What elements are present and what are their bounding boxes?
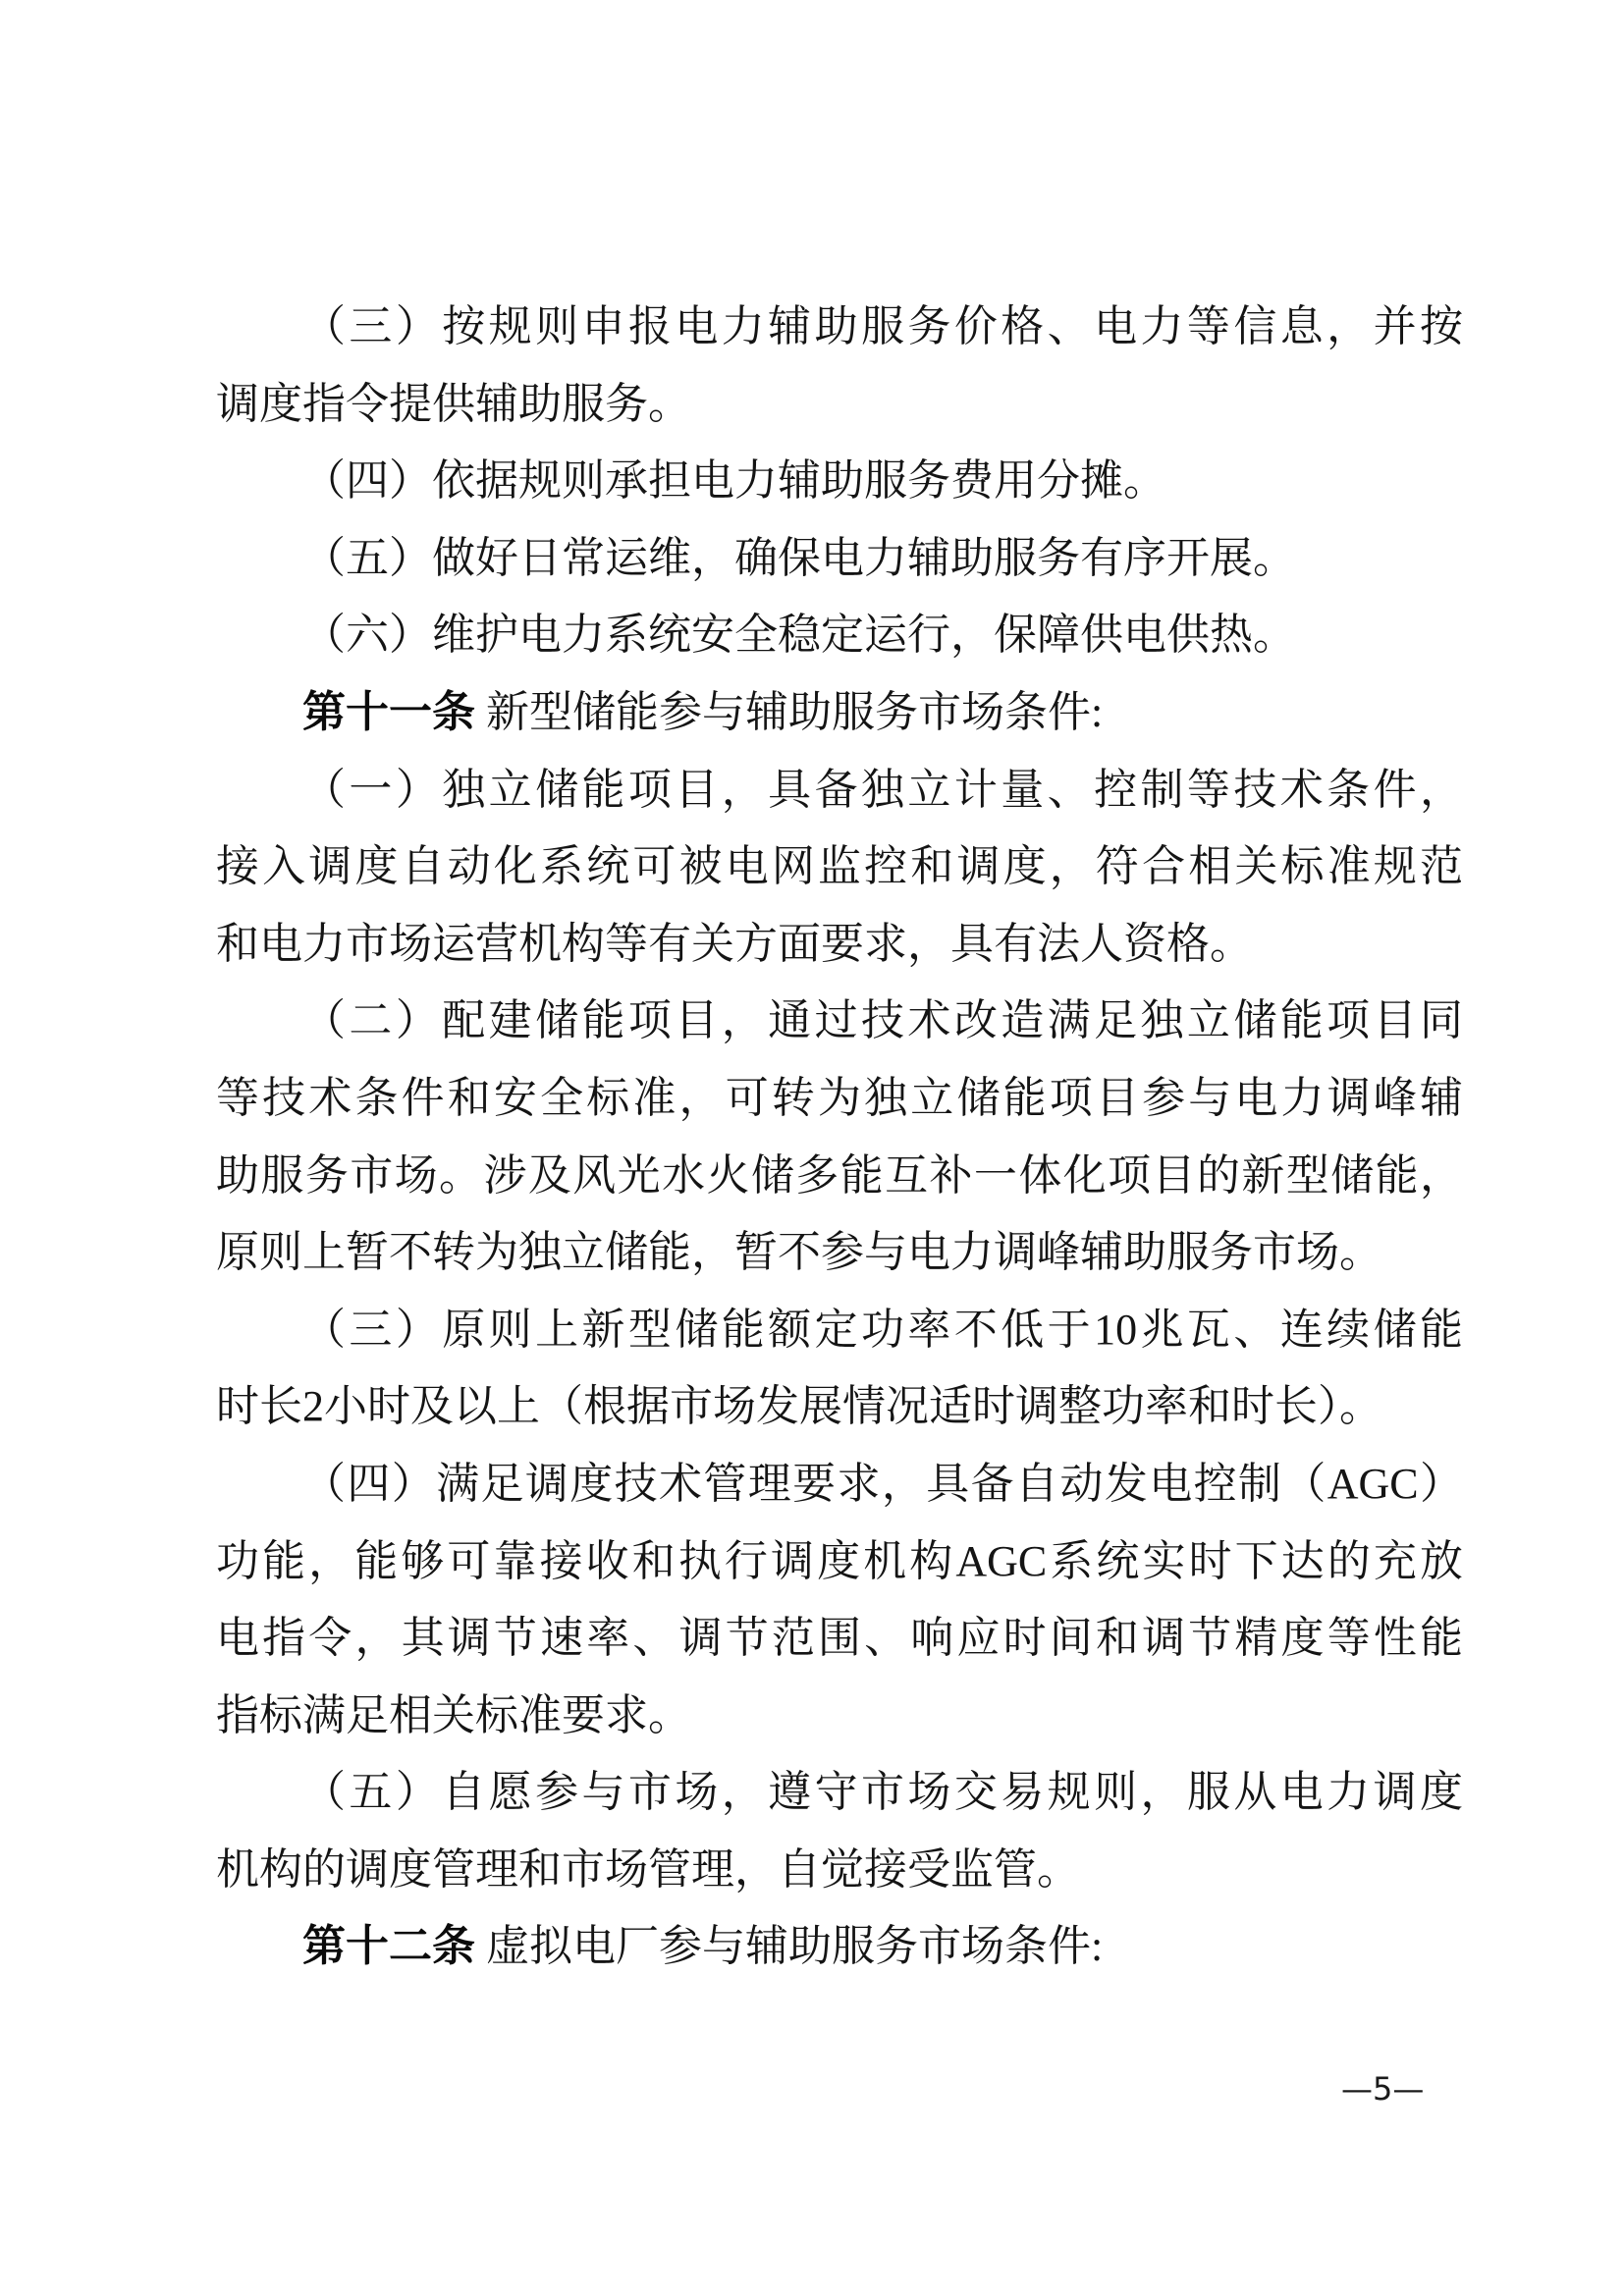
article-number: 第十二条 xyxy=(302,1922,475,1970)
text-line: （五）做好日常运维，确保电力辅助服务有序开展。 xyxy=(216,520,1463,598)
text-line: 原则上暂不转为独立储能，暂不参与电力调峰辅助服务市场。 xyxy=(216,1214,1463,1292)
text-line: （六）维护电力系统安全稳定运行，保障供电供热。 xyxy=(216,597,1463,674)
article-number: 第十一条 xyxy=(302,688,475,736)
text-line: （三）原则上新型储能额定功率不低于10兆瓦、连续储能 xyxy=(216,1292,1463,1369)
text-line: （二）配建储能项目，通过技术改造满足独立储能项目同 xyxy=(216,983,1463,1060)
page-number: —5— xyxy=(1341,2073,1424,2105)
text-line: 调度指令提供辅助服务。 xyxy=(216,366,1463,444)
text-line: 指标满足相关标准要求。 xyxy=(216,1678,1463,1755)
text-line: 电指令，其调节速率、调节范围、响应时间和调节精度等性能 xyxy=(216,1600,1463,1678)
text-line: 接入调度自动化系统可被电网监控和调度，符合相关标准规范 xyxy=(216,828,1463,906)
text-line: （五）自愿参与市场，遵守市场交易规则，服从电力调度 xyxy=(216,1754,1463,1832)
text-line: 功能，能够可靠接收和执行调度机构AGC系统实时下达的充放 xyxy=(216,1523,1463,1601)
text-line: 等技术条件和安全标准，可转为独立储能项目参与电力调峰辅 xyxy=(216,1060,1463,1138)
article-heading-line: 第十二条 虚拟电厂参与辅助服务市场条件: xyxy=(216,1908,1463,1986)
text-line: 时长2小时及以上（根据市场发展情况适时调整功率和时长）。 xyxy=(216,1368,1463,1446)
article-heading-line: 第十一条 新型储能参与辅助服务市场条件: xyxy=(216,674,1463,752)
document-body: （三）按规则申报电力辅助服务价格、电力等信息，并按调度指令提供辅助服务。（四）依… xyxy=(216,289,1463,1986)
document-page: （三）按规则申报电力辅助服务价格、电力等信息，并按调度指令提供辅助服务。（四）依… xyxy=(0,0,1624,2296)
text-line: （三）按规则申报电力辅助服务价格、电力等信息，并按 xyxy=(216,289,1463,366)
text-line: 和电力市场运营机构等有关方面要求，具有法人资格。 xyxy=(216,906,1463,984)
text-line: （四）满足调度技术管理要求，具备自动发电控制（AGC） xyxy=(216,1446,1463,1523)
text-line: 机构的调度管理和市场管理，自觉接受监管。 xyxy=(216,1832,1463,1909)
text-line: （一）独立储能项目，具备独立计量、控制等技术条件， xyxy=(216,752,1463,829)
text-line: （四）依据规则承担电力辅助服务费用分摊。 xyxy=(216,443,1463,520)
text-line: 助服务市场。涉及风光水火储多能互补一体化项目的新型储能， xyxy=(216,1138,1463,1215)
